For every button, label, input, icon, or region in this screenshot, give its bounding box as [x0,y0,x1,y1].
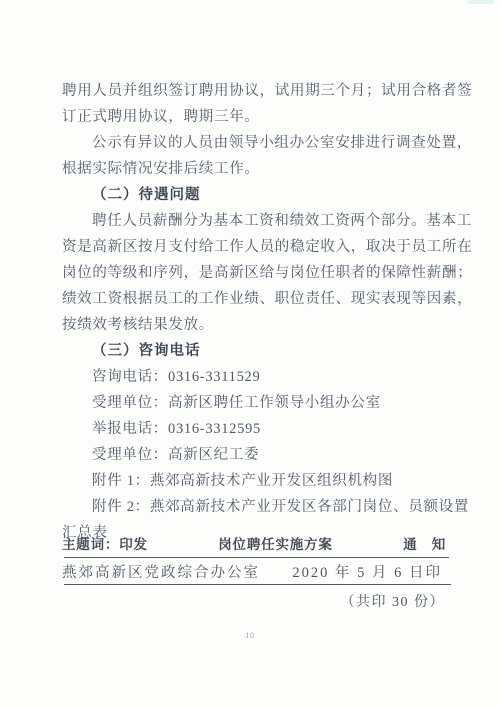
issuer-name: 燕郊高新区党政综合办公室 [62,561,260,582]
hotline-unit: 受理单位：高新区聘任工作领导小组办公室 [62,390,446,416]
section-heading-benefits: （二）待遇问题 [62,182,446,208]
hotline-phone: 咨询电话：0316-3311529 [62,364,446,390]
scan-artifact [468,0,494,4]
subject-label: 主题词：印发 [62,533,148,553]
body-line: 聘用人员并组织签订聘用协议，试用期三个月；试用合格者签 [62,78,446,104]
print-date: 2020 年 5 月 6 日印 [292,561,442,582]
body-line: 根据实际情况安排后续工作。 [62,156,446,182]
subject-right: 通 知 [403,533,446,553]
document-page: 聘用人员并组织签订聘用协议，试用期三个月；试用合格者签 订正式聘用协议，聘期三年… [0,0,500,707]
report-unit: 受理单位：高新区纪工委 [62,442,446,468]
body-line: 资是高新区按月支付给工作人员的稳定收入，取决于员工所在 [62,234,446,260]
body-line: 岗位的等级和序列，是高新区给与岗位任职者的保障性薪酬； [62,260,446,286]
body-line: 公示有异议的人员由领导小组办公室安排进行调查处置， [62,130,446,156]
body-line: 聘任人员薪酬分为基本工资和绩效工资两个部分。基本工 [62,208,446,234]
subject-row: 主题词：印发 岗位聘任实施方案 通 知 [62,533,446,553]
issuer-row: 燕郊高新区党政综合办公室 2020 年 5 月 6 日印 [62,561,442,582]
body-line: 按绩效考核结果发放。 [62,312,446,338]
section-heading-hotline: （三）咨询电话 [62,338,446,364]
report-phone: 举报电话：0316-3312595 [62,416,446,442]
body-line: 订正式聘用协议，聘期三年。 [62,104,446,130]
page-number: 10 [0,631,500,640]
attachment-1: 附件 1：燕郊高新技术产业开发区组织机构图 [62,468,446,494]
divider-line-bottom [64,584,451,585]
document-body: 聘用人员并组织签订聘用协议，试用期三个月；试用合格者签 订正式聘用协议，聘期三年… [62,78,446,546]
divider-line-top [64,557,449,558]
copies-count: （共印 30 份） [62,591,445,611]
attachment-2: 附件 2：燕郊高新技术产业开发区各部门岗位、员额设置 [62,494,446,520]
subject-value: 岗位聘任实施方案 [218,533,332,553]
body-line: 绩效工资根据员工的工作业绩、职位责任、现实表现等因素， [62,286,446,312]
